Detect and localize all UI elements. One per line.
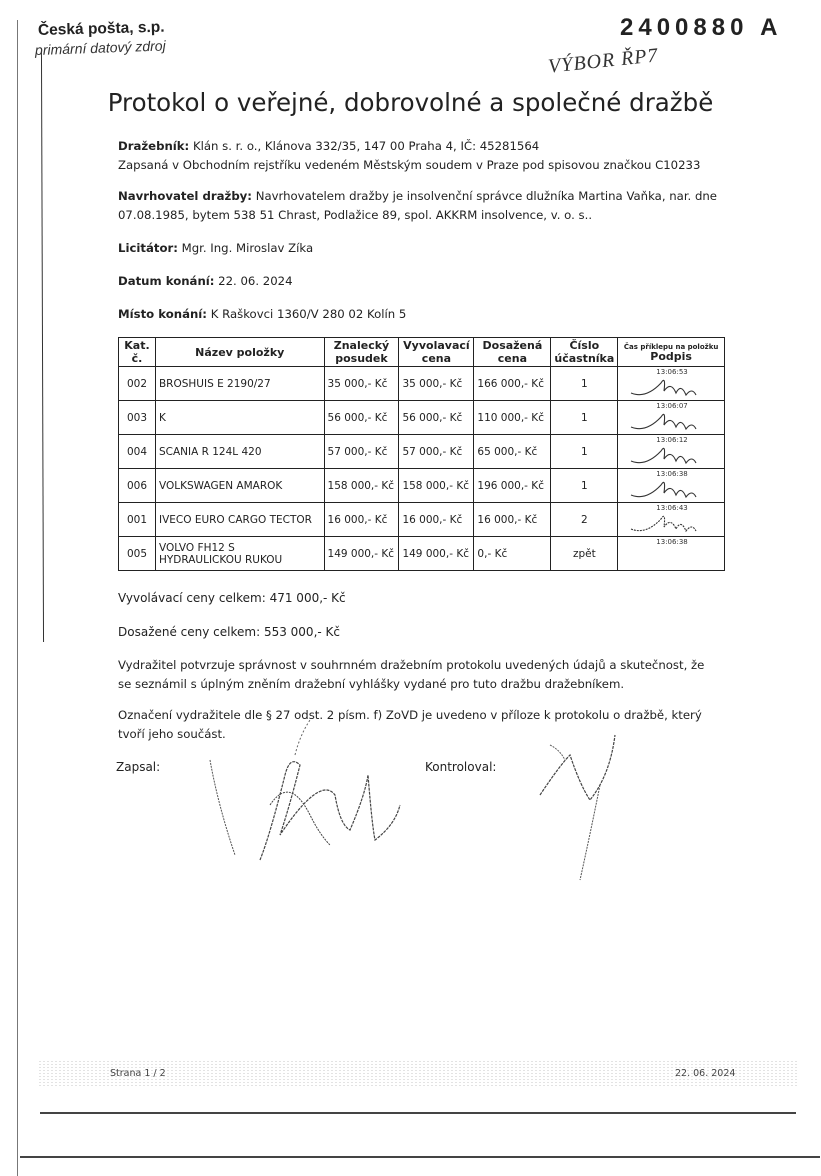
total-starting-prices: Vyvolávací ceny celkem: 471 000,- Kč (118, 591, 346, 605)
page-number: Strana 1 / 2 (110, 1068, 166, 1079)
cell-participant: 1 (551, 435, 618, 469)
cell-appraisal: 16 000,- Kč (324, 503, 399, 537)
cell-starting-price: 149 000,- Kč (399, 537, 474, 571)
cell-participant: zpět (551, 537, 618, 571)
recorded-by-signature (190, 715, 430, 885)
cell-appraisal: 149 000,- Kč (324, 537, 399, 571)
cell-cat-no: 005 (119, 537, 156, 571)
col-starting-price: Vyvolavací cena (399, 338, 474, 367)
proposer-line1: Navrhovatelem dražby je insolvenční sprá… (256, 189, 717, 203)
cell-signature: 13:06:07 (618, 401, 725, 435)
cell-item-name: K (155, 401, 324, 435)
statement-confirmation: Vydražitel potvrzuje správnost v souhrnn… (118, 656, 738, 694)
document-number-suffix: A (760, 14, 777, 41)
table-row: 002BROSHUIS E 2190/2735 000,- Kč35 000,-… (119, 367, 725, 401)
page-title: Protokol o veřejné, dobrovolné a společn… (0, 88, 821, 117)
signature-scrawl (626, 407, 716, 435)
col-item-name: Název položky (155, 338, 324, 367)
col-appraisal: Znalecký posudek (324, 338, 399, 367)
cell-participant: 2 (551, 503, 618, 537)
auctioneer-value: Klán s. r. o., Klánova 332/35, 147 00 Pr… (193, 139, 539, 153)
licitator-block: Licitátor: Mgr. Ing. Miroslav Zíka (118, 239, 738, 258)
scan-margin-line (17, 20, 18, 1176)
date-label: Datum konání: (118, 274, 214, 288)
col-participant: Číslo účastníka (551, 338, 618, 367)
footer-rule (40, 1112, 796, 1114)
proposer-label: Navrhovatel dražby: (118, 189, 252, 203)
cell-starting-price: 16 000,- Kč (399, 503, 474, 537)
place-block: Místo konání: K Raškovci 1360/V 280 02 K… (118, 305, 738, 324)
cell-achieved-price: 65 000,- Kč (474, 435, 551, 469)
recorded-by-label: Zapsal: (116, 760, 160, 774)
cell-signature: 13:06:38 (618, 537, 725, 571)
cell-item-name: SCANIA R 124L 420 (155, 435, 324, 469)
cell-signature: 13:06:53 (618, 367, 725, 401)
checked-by-signature (520, 725, 630, 885)
issuer-name: Česká pošta, s.p. (38, 19, 165, 40)
cell-signature: 13:06:12 (618, 435, 725, 469)
proposer-line2: 07.08.1985, bytem 538 51 Chrast, Podlaži… (118, 208, 592, 222)
cell-signature: 13:06:43 (618, 503, 725, 537)
auctioneer-block: Dražebník: Klán s. r. o., Klánova 332/35… (118, 137, 738, 175)
signature-scrawl (626, 509, 716, 537)
place-label: Místo konání: (118, 307, 207, 321)
document-number: 2400880 A (620, 14, 777, 42)
col-signature: Čas příklepu na položku Podpis (618, 338, 725, 367)
cell-cat-no: 003 (119, 401, 156, 435)
footer-date: 22. 06. 2024 (675, 1068, 735, 1079)
auction-items-table: Kat. č. Název položky Znalecký posudek V… (118, 337, 725, 571)
auctioneer-label: Dražebník: (118, 139, 189, 153)
cell-starting-price: 56 000,- Kč (399, 401, 474, 435)
cell-appraisal: 35 000,- Kč (324, 367, 399, 401)
cell-participant: 1 (551, 401, 618, 435)
cell-achieved-price: 110 000,- Kč (474, 401, 551, 435)
cell-item-name: VOLVO FH12 S HYDRAULICKOU RUKOU (155, 537, 324, 571)
cell-item-name: IVECO EURO CARGO TECTOR (155, 503, 324, 537)
document-number-value: 2400880 (620, 14, 748, 41)
hammer-time: 13:06:38 (656, 538, 687, 546)
cell-achieved-price: 0,- Kč (474, 537, 551, 571)
bottom-scan-rule (20, 1156, 820, 1158)
table-row: 001IVECO EURO CARGO TECTOR16 000,- Kč16 … (119, 503, 725, 537)
cell-participant: 1 (551, 367, 618, 401)
place-value: K Raškovci 1360/V 280 02 Kolín 5 (211, 307, 407, 321)
cell-cat-no: 004 (119, 435, 156, 469)
auctioneer-registration: Zapsaná v Obchodním rejstříku vedeném Mě… (118, 158, 700, 172)
date-block: Datum konání: 22. 06. 2024 (118, 272, 738, 291)
proposer-block: Navrhovatel dražby: Navrhovatelem dražby… (118, 187, 738, 225)
signature-scrawl (626, 441, 716, 469)
cell-cat-no: 002 (119, 367, 156, 401)
cell-achieved-price: 166 000,- Kč (474, 367, 551, 401)
licitator-label: Licitátor: (118, 241, 178, 255)
licitator-value: Mgr. Ing. Miroslav Zíka (182, 241, 314, 255)
cell-appraisal: 56 000,- Kč (324, 401, 399, 435)
cell-item-name: BROSHUIS E 2190/27 (155, 367, 324, 401)
col-achieved-price: Dosažená cena (474, 338, 551, 367)
cell-starting-price: 158 000,- Kč (399, 469, 474, 503)
table-header-row: Kat. č. Název položky Znalecký posudek V… (119, 338, 725, 367)
handwritten-note: VÝBOR ŘP7 (547, 44, 659, 78)
table-row: 004SCANIA R 124L 42057 000,- Kč57 000,- … (119, 435, 725, 469)
cell-cat-no: 001 (119, 503, 156, 537)
date-value: 22. 06. 2024 (218, 274, 292, 288)
total-achieved-prices: Dosažené ceny celkem: 553 000,- Kč (118, 625, 340, 639)
cell-appraisal: 158 000,- Kč (324, 469, 399, 503)
cell-item-name: VOLKSWAGEN AMAROK (155, 469, 324, 503)
scan-margin-line-inner (41, 52, 44, 642)
col-cat-no: Kat. č. (119, 338, 156, 367)
checked-by-label: Kontroloval: (425, 760, 496, 774)
cell-achieved-price: 196 000,- Kč (474, 469, 551, 503)
cell-starting-price: 57 000,- Kč (399, 435, 474, 469)
source-label: primární datový zdroj (35, 37, 166, 58)
cell-signature: 13:06:38 (618, 469, 725, 503)
table-row: 005VOLVO FH12 S HYDRAULICKOU RUKOU149 00… (119, 537, 725, 571)
cell-cat-no: 006 (119, 469, 156, 503)
cell-achieved-price: 16 000,- Kč (474, 503, 551, 537)
signature-scrawl (626, 475, 716, 503)
cell-participant: 1 (551, 469, 618, 503)
signature-scrawl (626, 373, 716, 401)
cell-starting-price: 35 000,- Kč (399, 367, 474, 401)
cell-appraisal: 57 000,- Kč (324, 435, 399, 469)
table-row: 003K56 000,- Kč56 000,- Kč110 000,- Kč11… (119, 401, 725, 435)
table-row: 006VOLKSWAGEN AMAROK158 000,- Kč158 000,… (119, 469, 725, 503)
